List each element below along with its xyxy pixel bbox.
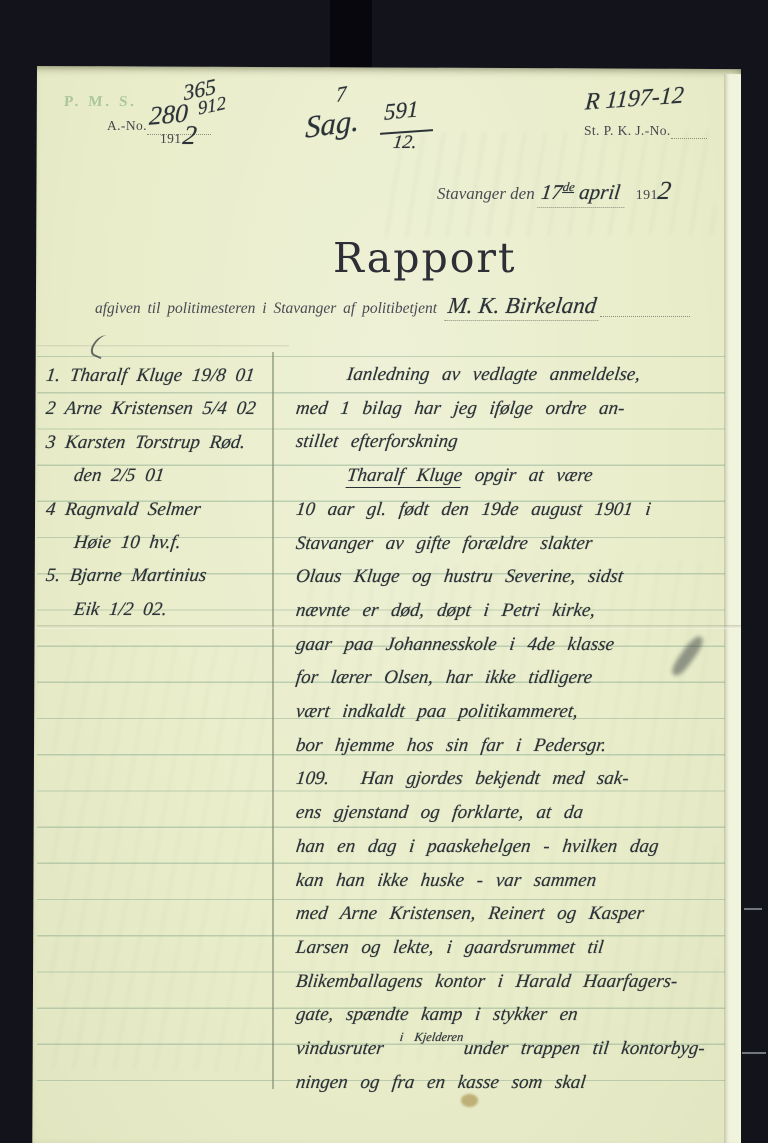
interline-insertion: i Kjelderen — [399, 1026, 465, 1048]
body-line: Tharalf Kluge opgir at være — [346, 465, 594, 487]
body-line: ningen og fra en kasse som skal — [295, 1072, 587, 1094]
body-line: han en dag i paaskehelgen - hvilken dag — [295, 836, 660, 858]
body-line: stillet efterforskning — [295, 431, 459, 453]
body-line: vært indkaldt paa politikammeret, — [295, 701, 580, 723]
body-line: med 1 bilag har jeg ifølge ordre an- — [295, 398, 626, 420]
body-text: Ianledning av vedlagte anmeldelse,med 1 … — [0, 0, 768, 1143]
body-line: vindusruter i Kjelderenunder trappen til… — [295, 1038, 707, 1061]
body-line: Blikemballagens kontor i Harald Haarfage… — [295, 971, 679, 993]
body-line: ens gjenstand og forklarte, at da — [295, 802, 585, 824]
body-line: 10 aar gl. født den 19de august 1901 i — [295, 499, 653, 521]
body-line: for lærer Olsen, har ikke tidligere — [295, 667, 594, 689]
paper-stain — [461, 1094, 478, 1107]
body-line: Ianledning av vedlagte anmeldelse, — [346, 364, 642, 386]
scratch-mark — [742, 1052, 766, 1054]
body-line: Larsen og lekte, i gaardsrummet til — [295, 937, 605, 959]
body-line: med Arne Kristensen, Reinert og Kasper — [295, 903, 646, 925]
body-line: bor hjemme hos sin far i Pedersgr. — [295, 735, 608, 757]
body-line: gate, spændte kamp i stykker en — [295, 1004, 579, 1026]
body-line: 109. Han gjordes bekjendt med sak- — [295, 768, 630, 790]
body-line: Stavanger av gifte forældre slakter — [295, 533, 594, 555]
body-line: kan han ikke huske - var sammen — [295, 870, 598, 892]
body-line: gaar paa Johannesskole i 4de klasse — [295, 634, 616, 656]
document-scan: P. M. S. 365 912 A.-No. 280 191 2 7 Sag.… — [0, 0, 768, 1143]
body-line: nævnte er død, døpt i Petri kirke, — [295, 600, 597, 622]
scratch-mark — [744, 908, 762, 910]
body-line: Olaus Kluge og hustru Severine, sidst — [295, 566, 625, 588]
